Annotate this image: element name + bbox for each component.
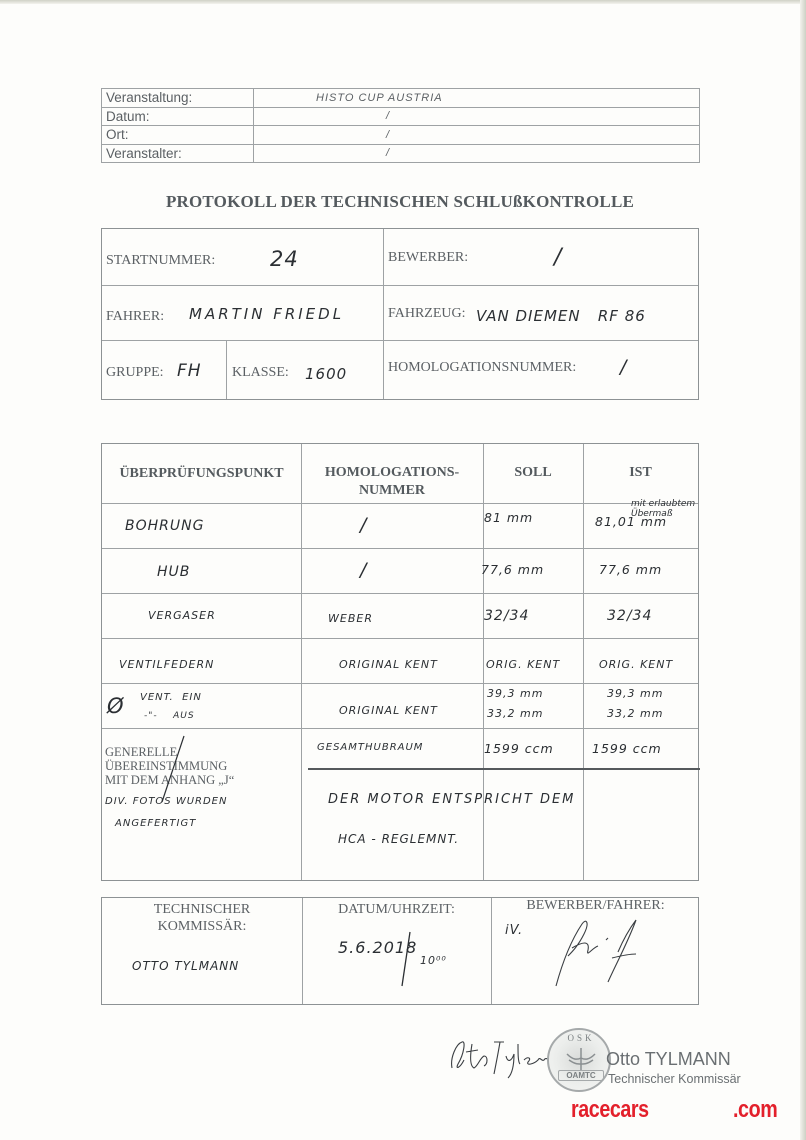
displacement-label: GESAMTHUBRAUM bbox=[317, 742, 423, 753]
divider bbox=[226, 340, 227, 399]
general-handwritten-line2: ANGEFERTIGT bbox=[115, 818, 196, 829]
entrant-signature bbox=[532, 912, 652, 992]
event-value: / bbox=[254, 107, 700, 126]
commissioner-printed-name: Otto TYLMANN bbox=[606, 1049, 731, 1070]
header-point: ÜBERPRÜFUNGSPUNKT bbox=[102, 465, 301, 483]
watermark-racecars: racecars bbox=[571, 1096, 649, 1124]
header-homologation-line2: NUMMER bbox=[301, 482, 483, 500]
bewerber-label: BEWERBER: bbox=[388, 250, 468, 266]
event-label: Datum: bbox=[102, 107, 254, 126]
row-soll-line1: 39,3 mm bbox=[487, 687, 543, 700]
header-ist: IST bbox=[583, 464, 698, 482]
eagle-icon bbox=[563, 1046, 599, 1072]
row-ist-line2: 33,2 mm bbox=[607, 707, 663, 720]
row-point: VERGASER bbox=[148, 609, 216, 622]
remark-line1: DER MOTOR ENTSPRICHT DEM bbox=[328, 792, 575, 807]
bewerber-value: / bbox=[554, 245, 562, 270]
header-soll: SOLL bbox=[483, 464, 583, 482]
inspection-table: ÜBERPRÜFUNGSPUNKT HOMOLOGATIONS- NUMMER … bbox=[101, 443, 699, 881]
row-homologation: / bbox=[360, 514, 367, 536]
row-homologation: WEBER bbox=[328, 612, 373, 625]
date-time-separator bbox=[398, 930, 414, 990]
row-ist: 32/34 bbox=[607, 608, 652, 624]
row-point-line2: -"- AUS bbox=[144, 711, 195, 721]
divider bbox=[102, 593, 698, 594]
displacement-ist: 1599 ccm bbox=[592, 741, 662, 756]
commissioner-name: OTTO TYLMANN bbox=[132, 959, 239, 973]
row-homologation: ORIGINAL KENT bbox=[339, 704, 438, 717]
event-row-datum: Datum: / bbox=[102, 107, 700, 126]
event-label: Veranstalter: bbox=[102, 144, 254, 163]
watermark-com: .com bbox=[733, 1096, 777, 1124]
osk-oamtc-seal: OSK OAMTC bbox=[547, 1028, 611, 1092]
fahrzeug-value: VAN DIEMEN RF 86 bbox=[476, 307, 646, 325]
divider bbox=[102, 638, 698, 639]
general-handwritten-line1: DIV. FOTOS WURDEN bbox=[105, 796, 227, 807]
divider bbox=[102, 683, 698, 684]
row-note: mit erlaubtem Übermaß bbox=[631, 499, 698, 519]
strikethrough-mark bbox=[154, 734, 194, 804]
startnummer-value: 24 bbox=[270, 247, 299, 271]
commissioner-label-line2: KOMMISSÄR: bbox=[102, 917, 302, 936]
row-ist-line1: 39,3 mm bbox=[607, 687, 663, 700]
datetime-label: DATUM/UHRZEIT: bbox=[302, 900, 491, 919]
gruppe-label: GRUPPE: bbox=[106, 365, 164, 381]
scan-edge-right bbox=[800, 0, 806, 1140]
event-value: / bbox=[254, 126, 700, 145]
diameter-icon: Ø bbox=[107, 694, 125, 718]
document-title: PROTOKOLL DER TECHNISCHEN SCHLUßKONTROLL… bbox=[100, 192, 700, 212]
divider bbox=[102, 503, 698, 504]
row-point: HUB bbox=[157, 564, 190, 580]
row-point: VENTILFEDERN bbox=[119, 658, 214, 671]
row-homologation: / bbox=[360, 559, 367, 581]
event-row-veranstaltung: Veranstaltung: HISTO CUP AUSTRIA bbox=[102, 89, 700, 108]
time-value: 10⁰⁰ bbox=[420, 954, 447, 967]
row-point-line1: VENT. EIN bbox=[140, 692, 202, 703]
homologationsnummer-value: / bbox=[620, 356, 627, 378]
event-row-veranstalter: Veranstalter: / bbox=[102, 144, 700, 163]
event-label: Veranstaltung: bbox=[102, 89, 254, 108]
seal-bottom-text: OAMTC bbox=[558, 1070, 604, 1081]
row-soll-line2: 33,2 mm bbox=[487, 707, 543, 720]
displacement-soll: 1599 ccm bbox=[484, 741, 554, 756]
gruppe-value: FH bbox=[177, 361, 202, 381]
divider bbox=[102, 340, 698, 341]
entrant-info-box: STARTNUMMER: 24 BEWERBER: / FAHRER: MART… bbox=[101, 228, 699, 400]
event-value: HISTO CUP AUSTRIA bbox=[254, 89, 700, 108]
row-soll: 32/34 bbox=[484, 608, 529, 624]
event-value: / bbox=[254, 144, 700, 163]
commissioner-printed-role: Technischer Kommissär bbox=[608, 1072, 741, 1086]
klasse-value: 1600 bbox=[305, 365, 347, 383]
header-homologation-line1: HOMOLOGATIONS- bbox=[301, 464, 483, 482]
handdrawn-divider bbox=[308, 768, 700, 770]
fahrer-label: FAHRER: bbox=[106, 309, 164, 325]
row-soll: 81 mm bbox=[484, 510, 533, 525]
divider bbox=[301, 444, 302, 880]
row-homologation: ORIGINAL KENT bbox=[339, 658, 438, 671]
fahrer-value: MARTIN FRIEDL bbox=[189, 305, 344, 323]
homologationsnummer-label: HOMOLOGATIONSNUMMER: bbox=[388, 360, 576, 376]
divider bbox=[102, 728, 698, 729]
seal-top-text: OSK bbox=[561, 1033, 601, 1043]
row-point: BOHRUNG bbox=[125, 518, 204, 534]
startnummer-label: STARTNUMMER: bbox=[106, 253, 215, 269]
divider bbox=[583, 444, 584, 880]
fahrzeug-label: FAHRZEUG: bbox=[388, 306, 466, 322]
remark-line2: HCA - REGLEMNT. bbox=[338, 832, 459, 846]
divider bbox=[102, 285, 698, 286]
klasse-label: KLASSE: bbox=[232, 365, 289, 381]
event-row-ort: Ort: / bbox=[102, 126, 700, 145]
row-ist: ORIG. KENT bbox=[599, 658, 673, 671]
signature-box: TECHNISCHER KOMMISSÄR: OTTO TYLMANN DATU… bbox=[101, 897, 699, 1005]
divider bbox=[383, 229, 384, 399]
entrant-signature-prefix: iV. bbox=[505, 923, 523, 938]
row-soll: 77,6 mm bbox=[481, 562, 544, 577]
row-ist: 77,6 mm bbox=[599, 562, 662, 577]
row-soll: ORIG. KENT bbox=[486, 658, 560, 671]
scan-edge-top bbox=[0, 0, 806, 4]
divider bbox=[102, 548, 698, 549]
event-label: Ort: bbox=[102, 126, 254, 145]
event-info-table: Veranstaltung: HISTO CUP AUSTRIA Datum: … bbox=[101, 88, 700, 163]
